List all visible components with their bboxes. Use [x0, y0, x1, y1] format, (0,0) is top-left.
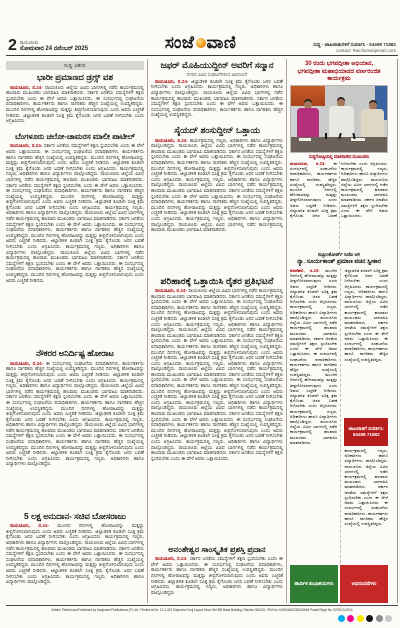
section-label: ಸುದ್ದಿ ವಿಶೇಷ [6, 61, 144, 70]
page-footer: Edited, Printed and Published by Sanjeva… [6, 605, 398, 612]
mini-kicker: ಸುಪ್ರೀಂಕೋರ್ಟ್ ಸಿಜೆಐ ಆಗಿ [290, 252, 388, 258]
print-registration-dots [338, 615, 393, 622]
headline-zafar-honour: ಜಫರ್ ಮೊಹಿಯುದ್ದೀನ್ ಅವರಿಗೆ ಸನ್ಮಾನ [151, 61, 283, 71]
dateline: ರಾಯಚೂರು, ನ.24- [155, 138, 188, 143]
headline-anantheshwara-award: ಅನಂತೇಶ್ವರ ಸಾಂಸ್ಕೃತಿಕ ಪ್ರಶಸ್ತಿ ಪ್ರದಾನ [151, 545, 283, 554]
photo-caption: ಸುದ್ದಿಗೋಷ್ಠಿಯಲ್ಲಿ ಮಾತನಾಡಿದ ಮುಖಂಡರು [290, 154, 388, 159]
gita-headline-line2: ಭಗವದ್ಗೀತಾ ಮಹಾಭಿಯಾನದ ವರ್ಣರಂಜಿತ ಕಾರ್ಯಕ್ರಮ [290, 68, 388, 83]
person-left-sari [297, 108, 319, 140]
imprint-line: Edited, Printed and Published by Sanjeva… [6, 608, 398, 612]
page-number: 2 [8, 40, 17, 53]
microphone-icon [325, 133, 327, 139]
article-body: ಕಾರ್ಯಕ್ರಮದಲ್ಲಿ ಗಣ್ಯರು, ಅಧಿಕಾರಿಗಳು ಹಾಗೂ ವ… [344, 448, 388, 563]
article-body: ರಾಯಚೂರು, ನ.24- ರಾಯಚೂರು ಜಿಲ್ಲೆಯ ವಿವಿಧ ಭಾಗ… [151, 288, 283, 540]
right-subcolumn-2: ಜಿಲ್ಲಾಡಳಿತ ಕೂಡಲೇ ಸೂಕ್ತ ಕ್ರಮ ಕೈಗೊಂಡು ಜನರ … [340, 268, 388, 563]
classified-ad-box: ಜಾಹೀರಾತಿಗೆ ಸಂಪರ್ಕಿಸಿ: 94498 71882 [344, 418, 388, 446]
body-text: ಕಾರ್ಯಕ್ರಮದಲ್ಲಿ ಗಣ್ಯರು, ಅಧಿಕಾರಿಗಳು ಹಾಗೂ ವ… [344, 448, 388, 526]
headline-workers-protest: ನೌಕರರ ಅನಿರ್ದಿಷ್ಟ ಹೋರಾಟ [6, 349, 144, 358]
body-text: ಈ ಸಂದರ್ಭದಲ್ಲಿ ಸಂಘಟನೆಯ ಪದಾಧಿಕಾರಿಗಳು, ಕಾರ್… [290, 161, 388, 218]
article-body: ರಾಯಚೂರು, ನ.24- ಕಾರ್ಯಕ್ರಮದಲ್ಲಿ ಗಣ್ಯರು, ಅಧ… [151, 138, 283, 270]
edition-block: 2 ರಾಯಚೂರು ಸೋಮವಾರ 24 ನವೆಂಬರ್ 2025 [8, 40, 88, 53]
gita-headline-line1: 30 ರಂದು ಭಗವದ್ಗೀತಾ ಅಭಿಯಾನ, [290, 60, 388, 68]
headline-drugs-seized: ಭಾರೀ ಪ್ರಮಾಣದ ಡ್ರಗ್ಸ್ ವಶ [6, 73, 144, 83]
person-center-shirt [329, 106, 354, 140]
headline-grant-minister: 5 ಲಕ್ಷ ಅನುದಾನ- ಸಚಿವ ಬೋಸರಾಜು [6, 512, 144, 521]
right-column: 30 ರಂದು ಭಗವದ್ಗೀತಾ ಅಭಿಯಾನ, ಭಗವದ್ಗೀತಾ ಮಹಾಭ… [286, 59, 390, 603]
page-header: 2 ರಾಯಚೂರು ಸೋಮವಾರ 24 ನವೆಂಬರ್ 2025 ಸಂಜೆ ವಾ… [6, 24, 398, 56]
page-sheet: 2 ರಾಯಚೂರು ಸೋಮವಾರ 24 ನವೆಂಬರ್ 2025 ಸಂಜೆ ವಾ… [6, 24, 398, 628]
center-column: ಜಫರ್ ಮೊಹಿಯುದ್ದೀನ್ ಅವರಿಗೆ ಸನ್ಮಾನ ನಗರದ ವಿವ… [147, 59, 283, 603]
registration-dot [338, 615, 345, 622]
article-body: ಜಿಲ್ಲಾಡಳಿತ ಕೂಡಲೇ ಸೂಕ್ತ ಕ್ರಮ ಕೈಗೊಂಡು ಜನರ … [344, 268, 388, 416]
body-text: ಸರ್ಕಾರ ಜನತೆಯ ಸಮಸ್ಯೆಗಳಿಗೆ ತಕ್ಷಣ ಸ್ಪಂದಿಸಬೇ… [6, 143, 144, 282]
headline-suryakant-oath: ನ್ಯಾ. ಸೂರ್ಯಕಾಂತ್ ಪ್ರಮಾಣ ವಚನ ಸ್ವೀಕಾರ [290, 259, 388, 266]
left-column: ಸುದ್ದಿ ವಿಶೇಷ ಭಾರೀ ಪ್ರಮಾಣದ ಡ್ರಗ್ಸ್ ವಶ ರಾಯ… [6, 59, 144, 603]
article-body: ರಾಯಚೂರು, ನ.24- ಸರ್ಕಾರ ಜನತೆಯ ಸಮಸ್ಯೆಗಳಿಗೆ … [6, 143, 144, 343]
body-text: ಜಿಲ್ಲಾಡಳಿತ ಕೂಡಲೇ ಸೂಕ್ತ ಕ್ರಮ ಕೈಗೊಂಡು ಜನರ … [151, 79, 283, 118]
body-text: ಈ ಸಂದರ್ಭದಲ್ಲಿ ಸಂಘಟನೆಯ ಪದಾಧಿಕಾರಿಗಳು, ಕಾರ್… [6, 361, 144, 467]
dateline: ರಾಯಚೂರು, ನ.24- [10, 143, 42, 148]
globe-icon [196, 38, 206, 48]
dateline: ರಾಯಚೂರು, ನ.24- [10, 361, 43, 366]
article-body: ರಾಯಚೂರು, ನ.24- ರಾಯಚೂರು ಜಿಲ್ಲೆಯ ವಿವಿಧ ಭಾಗ… [6, 85, 144, 129]
article-body: ರಾಯಚೂರು, ನ.24- ಸರ್ಕಾರ ಜನತೆಯ ಸಮಸ್ಯೆಗಳಿಗೆ … [151, 556, 283, 603]
columns-container: ಸುದ್ದಿ ವಿಶೇಷ ಭಾರೀ ಪ್ರಮಾಣದ ಡ್ರಗ್ಸ್ ವಶ ರಾಯ… [6, 59, 398, 603]
headline-gita-abhiyan: 30 ರಂದು ಭಗವದ್ಗೀತಾ ಅಭಿಯಾನ, ಭಗವದ್ಗೀತಾ ಮಹಾಭ… [290, 60, 388, 83]
bottom-ad-row: ಹಾರ್ದಿಕ ಶುಭಾಶಯಗಳು ಅಭಿನಂದನೆಗಳು [290, 565, 388, 603]
registration-dot [357, 615, 364, 622]
masthead-text-right: ವಾಣಿ [207, 33, 237, 53]
body-text: ರಾಯಚೂರು ಜಿಲ್ಲೆಯ ವಿವಿಧ ಭಾಗಗಳಲ್ಲಿ ನಡೆದ ಕಾರ… [6, 85, 144, 124]
photo-papers [299, 138, 311, 141]
article-body: ರಾಯಚೂರು, ನ.24- ಮುಂದಿನ ದಿನಗಳಲ್ಲಿ ಹೋರಾಟವನ್… [6, 523, 144, 603]
body-text: ಸರ್ಕಾರ ಜನತೆಯ ಸಮಸ್ಯೆಗಳಿಗೆ ತಕ್ಷಣ ಸ್ಪಂದಿಸಬೇ… [151, 556, 283, 595]
greetings-ad-box: ಹಾರ್ದಿಕ ಶುಭಾಶಯಗಳು [290, 565, 338, 603]
article-body: ನವದೆಹಲಿ, ನ.24- ಮುಂದಿನ ದಿನಗಳಲ್ಲಿ ಹೋರಾಟವನ್… [290, 268, 337, 563]
article-body: ರಾಯಚೂರು, ನ.24- ಜಿಲ್ಲಾಡಳಿತ ಕೂಡಲೇ ಸೂಕ್ತ ಕ್… [151, 79, 283, 121]
body-text: ಮುಂದಿನ ದಿನಗಳಲ್ಲಿ ಹೋರಾಟವನ್ನು ಮತ್ತಷ್ಟು ತೀವ… [6, 523, 144, 584]
headline-farmers-protest: ಪರಿಹಾರಕ್ಕೆ ಒತ್ತಾಯಿಸಿ ರೈತರ ಪ್ರತಿಭಟನೆ [151, 276, 283, 286]
dateline: ರಾಯಚೂರು, ನ.24- [155, 556, 188, 561]
contact-block: ಸುದ್ದಿ - ಜಾಹೀರಾತುಗಳಿಗೆ ಸಂಪರ್ಕಿಸಿ - 94498… [313, 42, 396, 53]
article-body: ರಾಯಚೂರು, ನ.24- ಈ ಸಂದರ್ಭದಲ್ಲಿ ಸಂಘಟನೆಯ ಪದಾ… [290, 161, 388, 249]
dateline: ರಾಯಚೂರು, ನ.24- [155, 79, 188, 84]
masthead: ಸಂಜೆ ವಾಣಿ [165, 33, 237, 53]
headline-bengaluru-chalo: ಬೆಂಗಳೂರು ಚಲೋ-ಚಾಮರಸ ಮಾಲೀ ಪಾಟೀಲ್ [6, 133, 144, 142]
registration-dot [385, 615, 392, 622]
registration-dot [376, 615, 383, 622]
right-subcolumns: ನವದೆಹಲಿ, ನ.24- ಮುಂದಿನ ದಿನಗಳಲ್ಲಿ ಹೋರಾಟವನ್… [290, 268, 388, 563]
subhead: ನಗರದ ವಿವಿಧ ಸಂಘಟನೆಗಳಿಂದ ಅಭಿನಂದನೆ [151, 72, 283, 77]
microphone-icon [352, 133, 355, 139]
dateline: ರಾಯಚೂರು, ನ.24- [10, 85, 43, 90]
newspaper-page: 2 ರಾಯಚೂರು ಸೋಮವಾರ 24 ನವೆಂಬರ್ 2025 ಸಂಜೆ ವಾ… [0, 0, 400, 628]
registration-dot [366, 615, 373, 622]
person-right-shirt [361, 109, 384, 140]
body-text: ಕಾರ್ಯಕ್ರಮದಲ್ಲಿ ಗಣ್ಯರು, ಅಧಿಕಾರಿಗಳು ಹಾಗೂ ವ… [151, 138, 283, 233]
headline-syed-demand: ಸೈಯದ್ ಶಂಸುದ್ದೀನ್ ಒತ್ತಾಯ [151, 126, 283, 136]
dateline: ರಾಯಚೂರು, ನ.24- [10, 523, 49, 528]
masthead-text-left: ಸಂಜೆ [165, 33, 195, 53]
contact-web-line: contact: Raichursanjevani.com [336, 48, 396, 54]
dateline: ರಾಯಚೂರು, ನ.24- [155, 288, 187, 293]
body-text: ಜಿಲ್ಲಾಡಳಿತ ಕೂಡಲೇ ಸೂಕ್ತ ಕ್ರಮ ಕೈಗೊಂಡು ಜನರ … [344, 268, 388, 361]
body-text: ರಾಯಚೂರು ಜಿಲ್ಲೆಯ ವಿವಿಧ ಭಾಗಗಳಲ್ಲಿ ನಡೆದ ಕಾರ… [151, 288, 283, 461]
date-line: ಸೋಮವಾರ 24 ನವೆಂಬರ್ 2025 [20, 46, 88, 53]
edition-meta: ರಾಯಚೂರು ಸೋಮವಾರ 24 ನವೆಂಬರ್ 2025 [20, 41, 88, 53]
congratulations-ad-box: ಅಭಿನಂದನೆಗಳು [340, 565, 388, 603]
registration-dot [347, 615, 354, 622]
article-body: ರಾಯಚೂರು, ನ.24- ಈ ಸಂದರ್ಭದಲ್ಲಿ ಸಂಘಟನೆಯ ಪದಾ… [6, 361, 144, 507]
press-conference-photo [290, 85, 388, 153]
body-text: ಮುಂದಿನ ದಿನಗಳಲ್ಲಿ ಹೋರಾಟವನ್ನು ಮತ್ತಷ್ಟು ತೀವ… [290, 268, 337, 445]
